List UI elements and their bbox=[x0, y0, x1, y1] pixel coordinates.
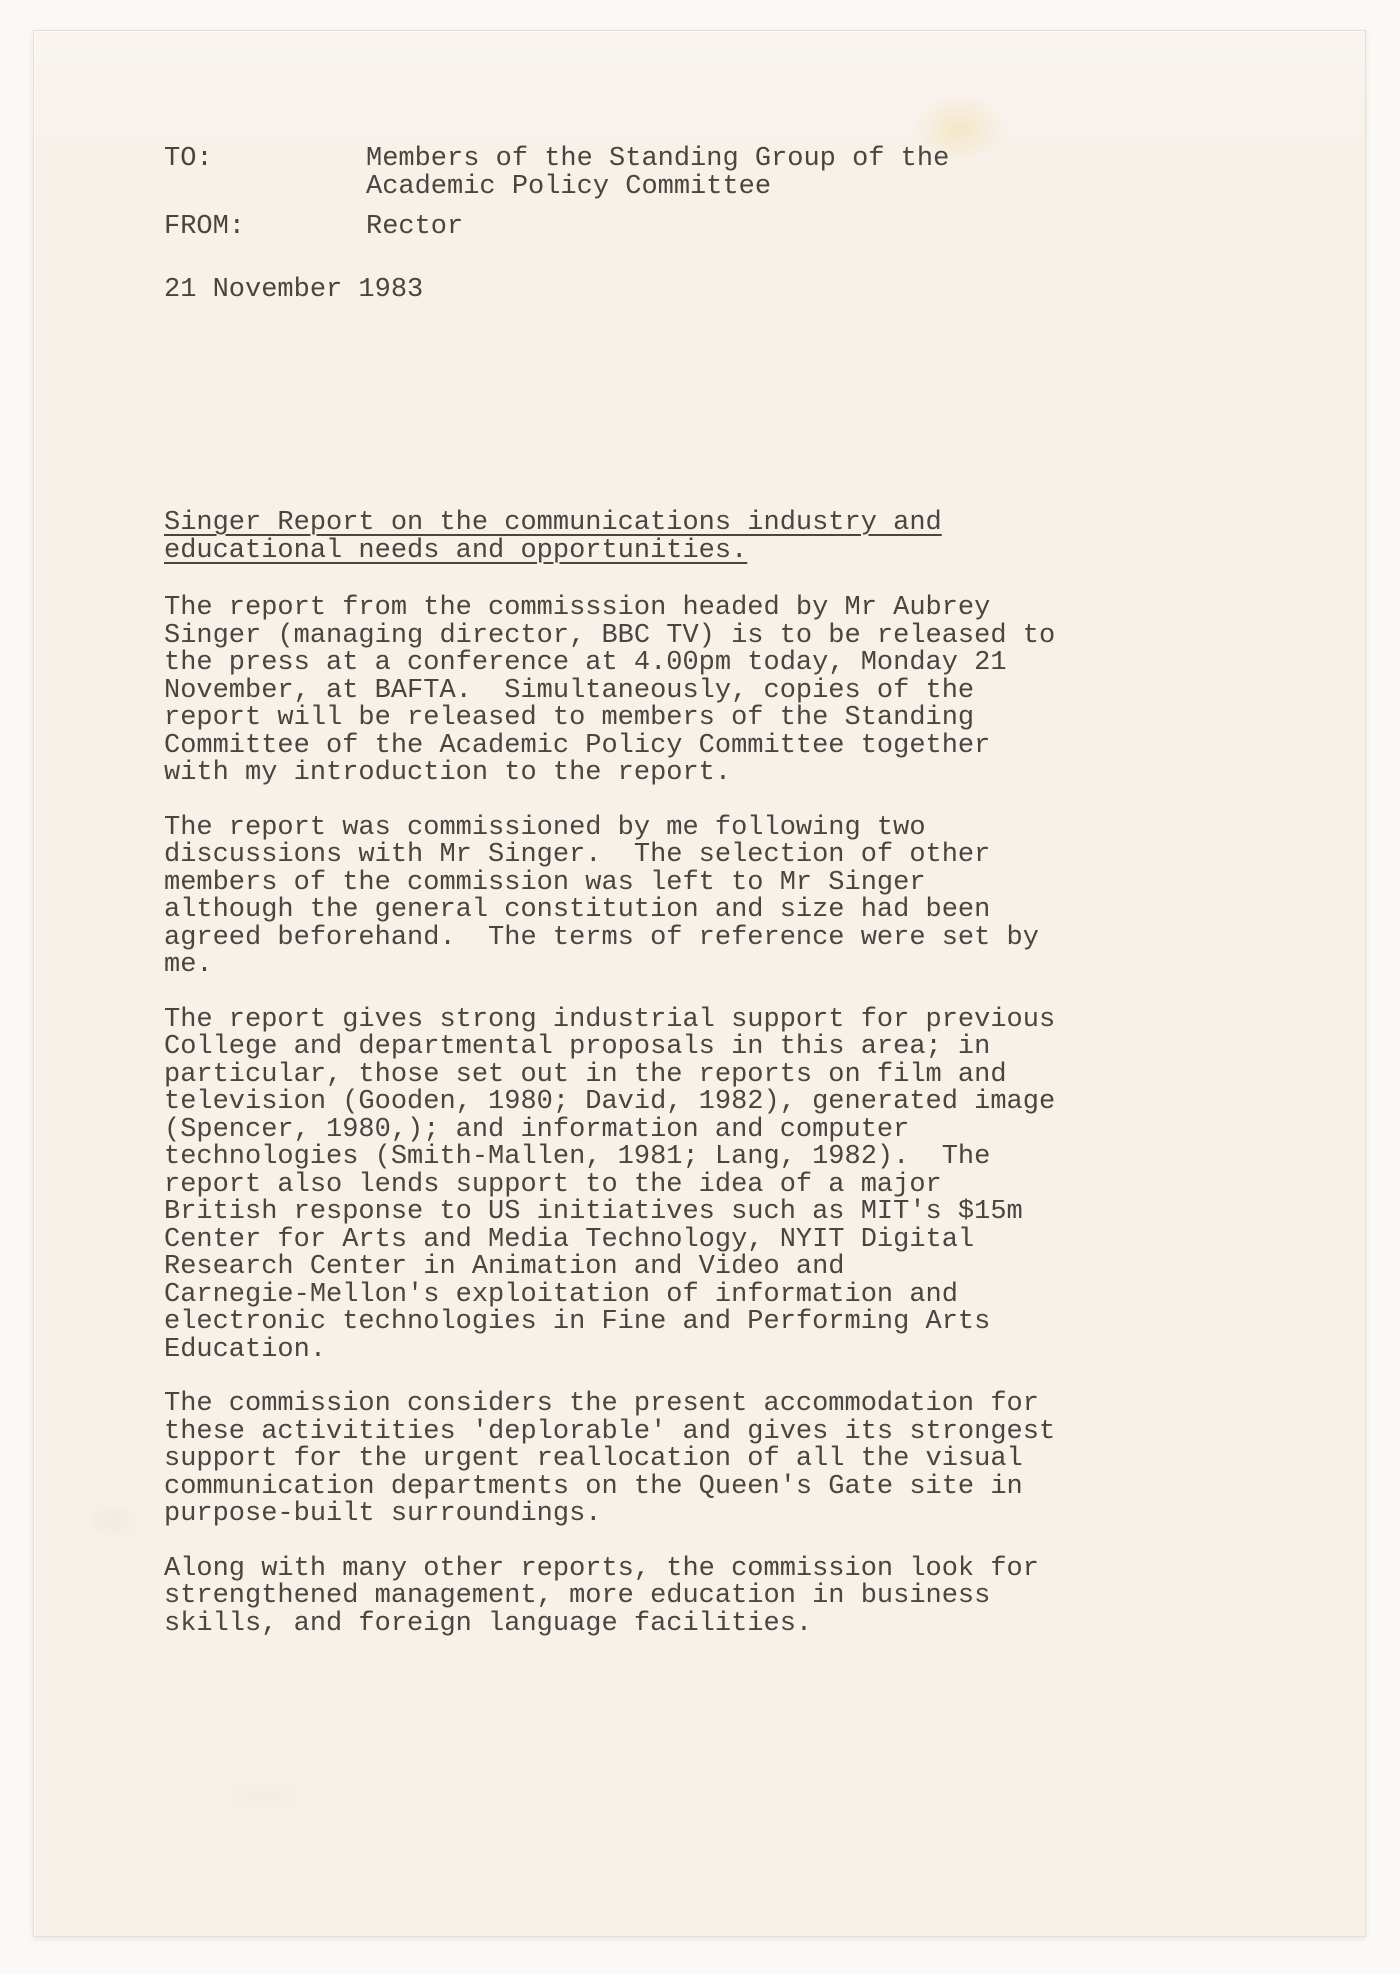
memo-title-line-1: Singer Report on the communications indu… bbox=[164, 510, 942, 538]
memo-paper: TO: Members of the Standing Group of the… bbox=[33, 30, 1366, 1937]
memo-title-line-2: educational needs and opportunities. bbox=[164, 538, 747, 566]
memo-paragraph-1: The report from the commisssion headed b… bbox=[164, 595, 1295, 788]
memo-to-row: TO: Members of the Standing Group of the… bbox=[164, 146, 1295, 201]
memo-title: Singer Report on the communications indu… bbox=[164, 510, 1295, 565]
to-label: TO: bbox=[164, 146, 366, 174]
memo-paragraph-2: The report was commissioned by me follow… bbox=[164, 815, 1295, 980]
memo-paragraph-3: The report gives strong industrial suppo… bbox=[164, 1007, 1295, 1365]
from-value: Rector bbox=[366, 214, 463, 242]
to-value: Members of the Standing Group of the Aca… bbox=[366, 146, 949, 201]
memo-date: 21 November 1983 bbox=[164, 277, 1295, 305]
memo-paragraph-4: The commission considers the present acc… bbox=[164, 1391, 1295, 1529]
scan-background: TO: Members of the Standing Group of the… bbox=[0, 0, 1400, 1974]
memo-paragraph-5: Along with many other reports, the commi… bbox=[164, 1556, 1295, 1639]
from-label: FROM: bbox=[164, 214, 366, 242]
memo-from-row: FROM: Rector bbox=[164, 214, 1295, 242]
